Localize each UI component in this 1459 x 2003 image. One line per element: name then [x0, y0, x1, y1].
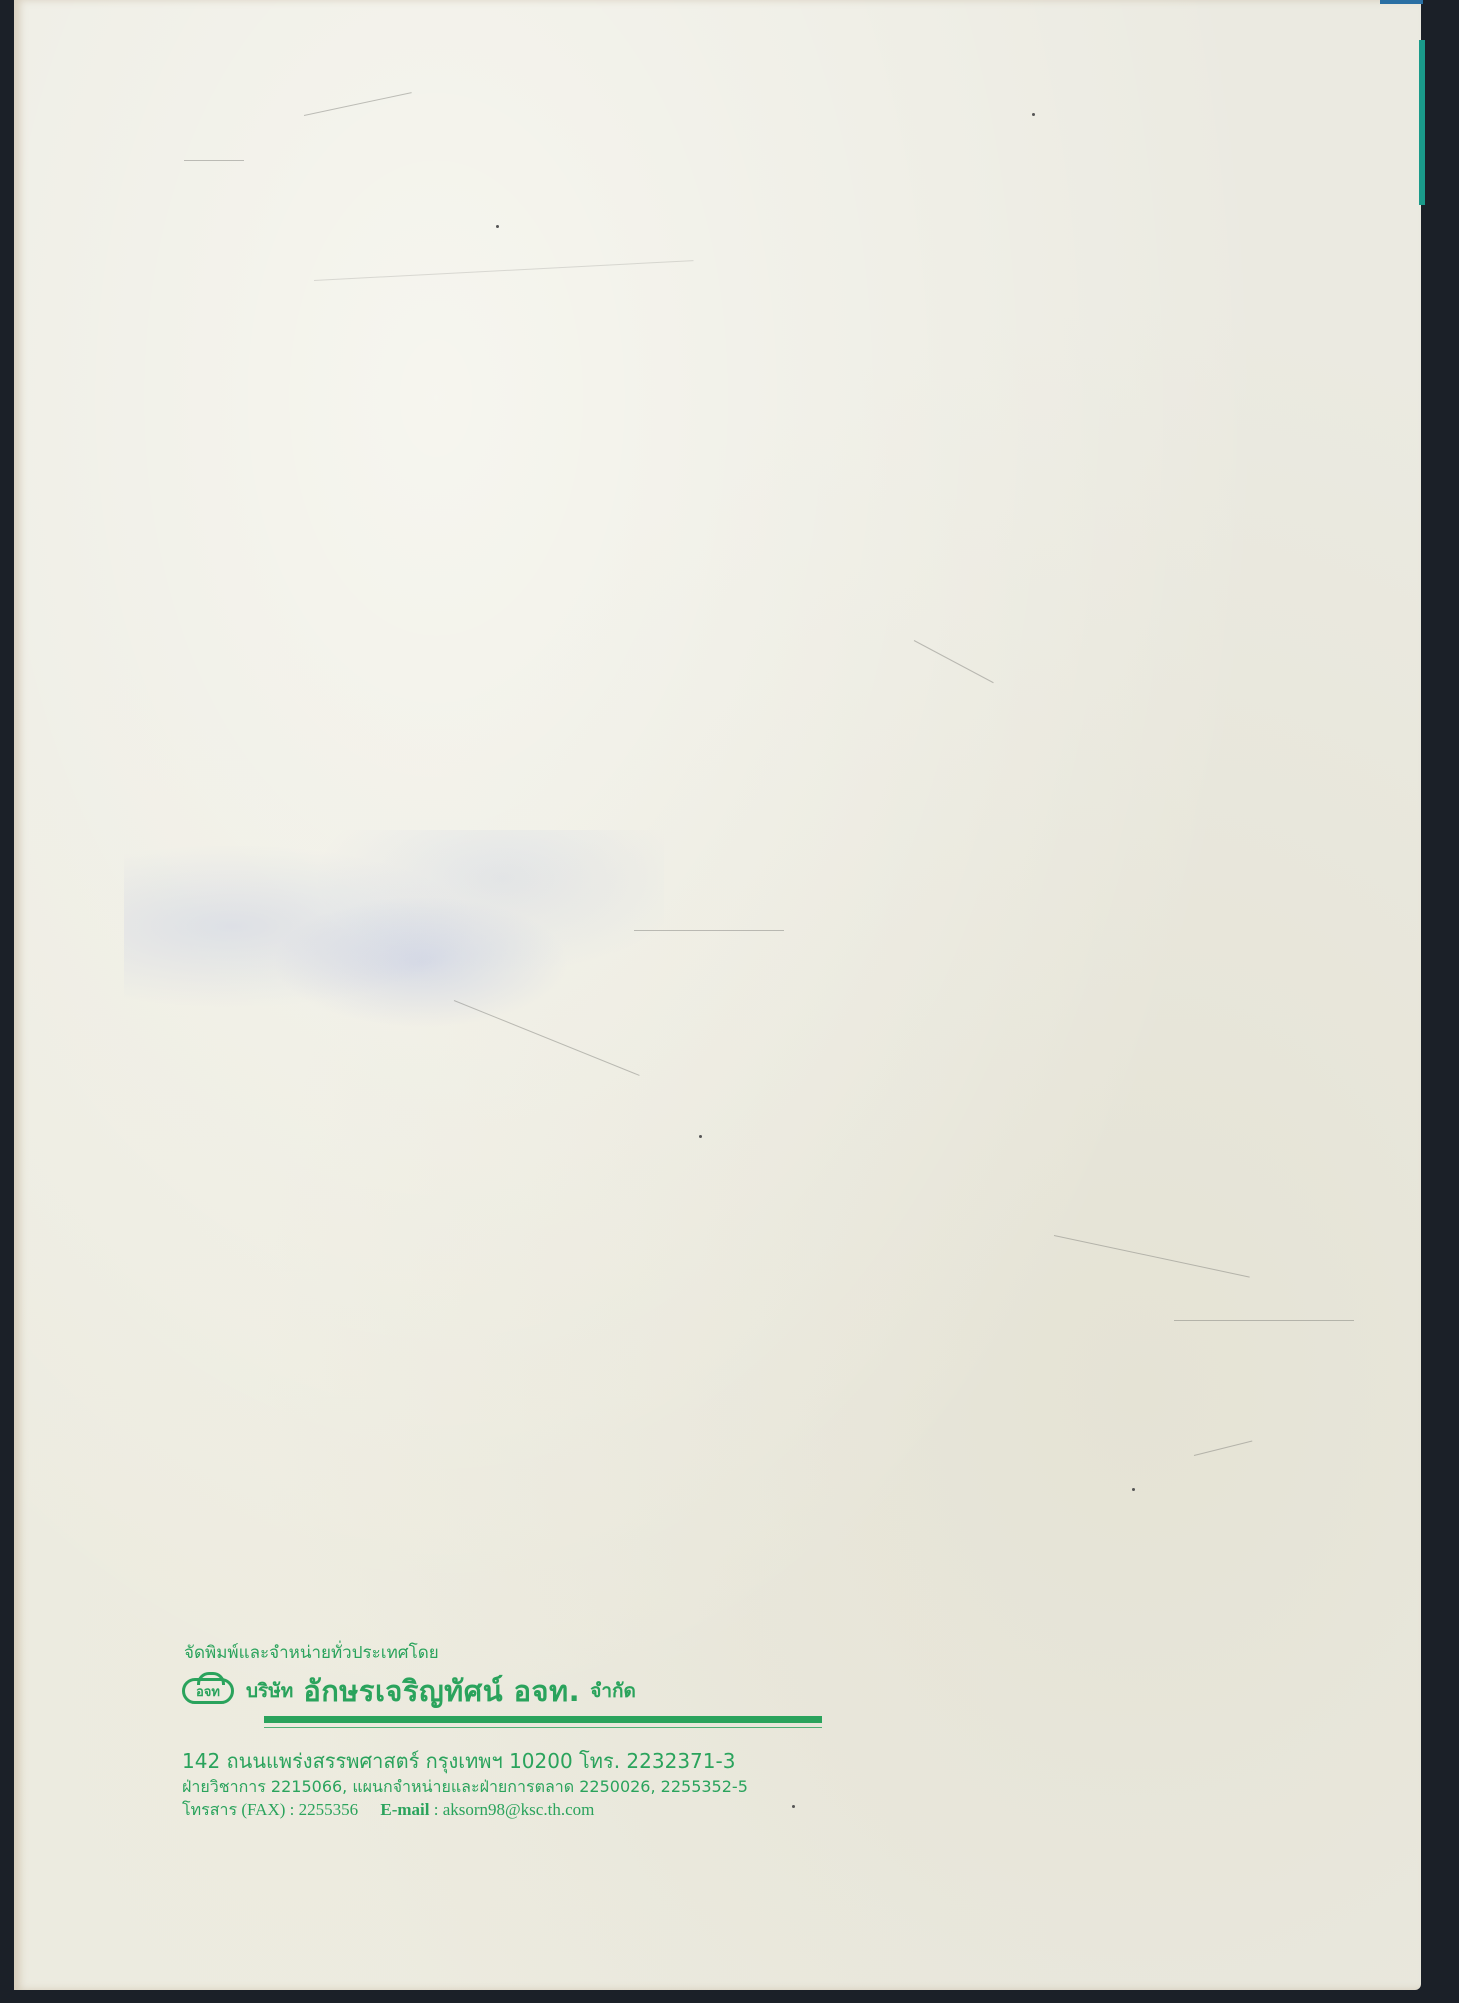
- speck: [1032, 113, 1035, 116]
- scratch-mark: [1174, 1320, 1354, 1321]
- fax-label: โทรสาร: [182, 1800, 237, 1819]
- scratch-mark: [1194, 1440, 1252, 1455]
- scratch-mark: [184, 160, 244, 161]
- scratch-mark: [314, 260, 694, 281]
- speck: [699, 1135, 702, 1138]
- publisher-block: จัดพิมพ์และจำหน่ายทั่วประเทศโดย อจท บริษ…: [182, 1642, 822, 1822]
- scratch-mark: [304, 92, 412, 116]
- back-cover-page: จัดพิมพ์และจำหน่ายทั่วประเทศโดย อจท บริษ…: [14, 0, 1421, 1990]
- cover-spine-edge: [1419, 40, 1425, 205]
- publisher-contact: โทรสาร (FAX) : 2255356 E-mail : aksorn98…: [182, 1798, 822, 1822]
- company-row: อจท บริษัท อักษรเจริญทัศน์ อจท. จำกัด: [182, 1674, 822, 1708]
- publisher-address: 142 ถนนแพร่งสรรพศาสตร์ กรุงเทพฯ 10200 โท…: [182, 1748, 822, 1774]
- speck: [1132, 1488, 1135, 1491]
- scratch-mark: [1054, 1235, 1250, 1278]
- publisher-intro: จัดพิมพ์และจำหน่ายทั่วประเทศโดย: [184, 1642, 822, 1664]
- scratch-mark: [634, 930, 784, 931]
- company-suffix: จำกัด: [590, 1676, 636, 1706]
- speck: [496, 225, 499, 228]
- cover-edge-top: [1380, 0, 1423, 4]
- company-prefix: บริษัท: [246, 1676, 293, 1706]
- scratch-mark: [914, 640, 994, 683]
- publisher-logo-icon: อจท: [182, 1678, 234, 1704]
- divider-thin: [264, 1727, 822, 1728]
- fax-value: (FAX) : 2255356: [241, 1800, 358, 1819]
- publisher-departments: ฝ่ายวิชาการ 2215066, แผนกจำหน่ายและฝ่ายก…: [182, 1776, 822, 1798]
- email-label: E-mail: [380, 1800, 429, 1819]
- email-value[interactable]: : aksorn98@ksc.th.com: [434, 1800, 595, 1819]
- company-name: อักษรเจริญทัศน์ อจท.: [303, 1668, 580, 1714]
- divider-thick: [264, 1716, 822, 1723]
- faded-stamp-mark: [124, 830, 664, 1070]
